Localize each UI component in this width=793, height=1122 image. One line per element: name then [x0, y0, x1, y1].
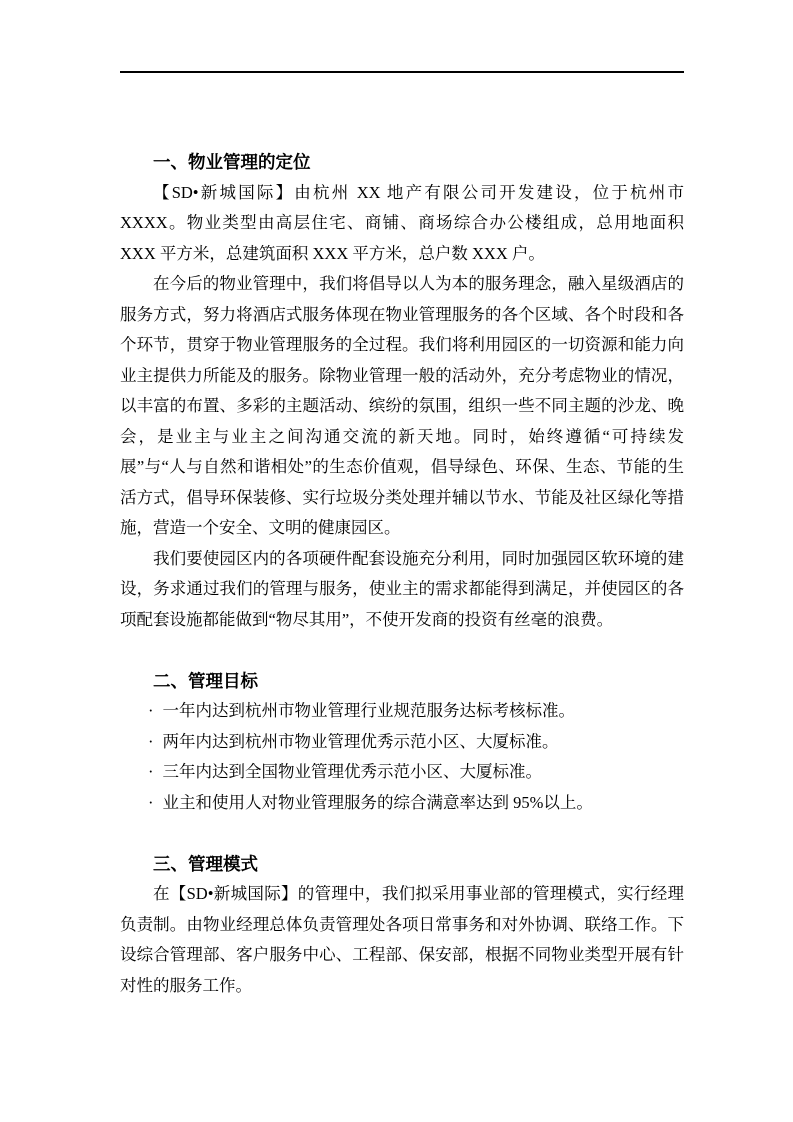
document-page: 一、物业管理的定位 【SD•新城国际】由杭州 XX 地产有限公司开发建设，位于杭… [0, 0, 793, 1122]
bullet-item: ·一年内达到杭州市物业管理行业规范服务达标考核标准。 [120, 696, 684, 727]
bullet-dot-icon: · [148, 762, 154, 781]
bullet-item: ·三年内达到全国物业管理优秀示范小区、大厦标准。 [120, 757, 684, 788]
bullet-dot-icon: · [148, 732, 154, 751]
header-rule [120, 71, 684, 73]
bullet-item: ·两年内达到杭州市物业管理优秀示范小区、大厦标准。 [120, 727, 684, 758]
bullet-text: 业主和使用人对物业管理服务的综合满意率达到 95%以上。 [163, 793, 593, 812]
bullet-dot-icon: · [148, 793, 154, 812]
body-paragraph: 我们要使园区内的各项硬件配套设施充分利用，同时加强园区软环境的建设，务求通过我们… [120, 544, 684, 636]
bullet-item: ·业主和使用人对物业管理服务的综合满意率达到 95%以上。 [120, 788, 684, 819]
bullet-text: 两年内达到杭州市物业管理优秀示范小区、大厦标准。 [163, 732, 559, 751]
body-paragraph: 【SD•新城国际】由杭州 XX 地产有限公司开发建设，位于杭州市 XXXX。物业… [120, 178, 684, 270]
section-heading-goals: 二、管理目标 [120, 666, 684, 697]
bullet-text: 三年内达到全国物业管理优秀示范小区、大厦标准。 [163, 762, 543, 781]
bullet-text: 一年内达到杭州市物业管理行业规范服务达标考核标准。 [163, 701, 576, 720]
body-paragraph: 在今后的物业管理中，我们将倡导以人为本的服务理念，融入星级酒店的服务方式，努力将… [120, 269, 684, 544]
document-content: 一、物业管理的定位 【SD•新城国际】由杭州 XX 地产有限公司开发建设，位于杭… [120, 147, 684, 1001]
section-heading-positioning: 一、物业管理的定位 [120, 147, 684, 178]
body-paragraph: 在【SD•新城国际】的管理中，我们拟采用事业部的管理模式，实行经理负责制。由物业… [120, 879, 684, 1001]
section-heading-model: 三、管理模式 [120, 849, 684, 880]
bullet-dot-icon: · [148, 701, 154, 720]
